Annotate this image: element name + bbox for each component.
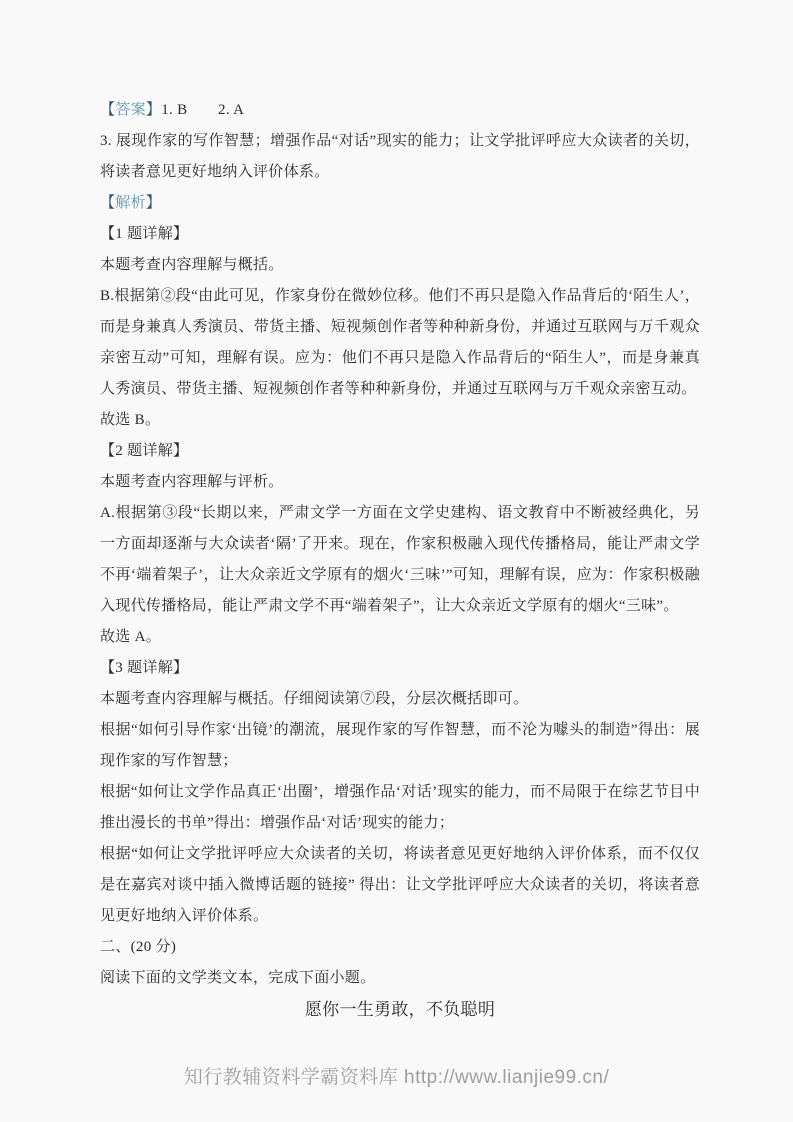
- document-page: 【答案】1. B 2. A 3. 展现作家的写作智慧；增强作品“对话”现实的能力…: [0, 0, 793, 1122]
- answer-values: 1. B 2. A: [161, 102, 244, 118]
- detail-1-header: 【1 题详解】: [100, 219, 700, 250]
- answer-header-line: 【答案】1. B 2. A: [100, 95, 700, 126]
- reading-instruction: 阅读下面的文学类文本，完成下面小题。: [100, 963, 700, 994]
- analysis-label: 解析: [115, 195, 146, 211]
- answer-bracket-close: 】: [146, 102, 161, 118]
- answer-label: 答案: [115, 102, 146, 118]
- detail-2-header: 【2 题详解】: [100, 436, 700, 467]
- detail-3-header: 【3 题详解】: [100, 653, 700, 684]
- answer-bracket-open: 【: [100, 102, 115, 118]
- detail-3-point-1: 根据“如何引导作家‘出镜’的潮流，展现作家的写作智慧，而不沦为噱头的制造”得出：…: [100, 715, 700, 777]
- detail-3-topic: 本题考查内容理解与概括。仔细阅读第⑦段，分层次概括即可。: [100, 684, 700, 715]
- detail-2-topic: 本题考查内容理解与评析。: [100, 467, 700, 498]
- detail-2-conclusion: 故选 A。: [100, 622, 700, 653]
- detail-3-point-3: 根据“如何让文学批评呼应大众读者的关切，将读者意见更好地纳入评价体系，而不仅仅是…: [100, 839, 700, 932]
- section-two-heading: 二、(20 分): [100, 932, 700, 963]
- document-content: 【答案】1. B 2. A 3. 展现作家的写作智慧；增强作品“对话”现实的能力…: [0, 0, 793, 1025]
- analysis-bracket-close: 】: [146, 195, 161, 211]
- detail-1-topic: 本题考查内容理解与概括。: [100, 250, 700, 281]
- detail-2-analysis: A.根据第③段“长期以来，严肃文学一方面在文学史建构、语文教育中不断被经典化，另…: [100, 498, 700, 622]
- detail-1-conclusion: 故选 B。: [100, 405, 700, 436]
- detail-3-point-2: 根据“如何让文学作品真正‘出圈’，增强作品‘对话’现实的能力，而不局限于在综艺节…: [100, 777, 700, 839]
- detail-1-analysis: B.根据第②段“由此可见，作家身份在微妙位移。他们不再只是隐入作品背后的‘陌生人…: [100, 281, 700, 405]
- footer-watermark: 知行教辅资料学霸资料库 http://www.lianjie99.cn/: [0, 1062, 793, 1089]
- analysis-header-line: 【解析】: [100, 188, 700, 219]
- analysis-bracket-open: 【: [100, 195, 115, 211]
- reading-title: 愿你一生勇敢，不负聪明: [100, 994, 700, 1025]
- answer-point-3: 3. 展现作家的写作智慧；增强作品“对话”现实的能力；让文学批评呼应大众读者的关…: [100, 126, 700, 188]
